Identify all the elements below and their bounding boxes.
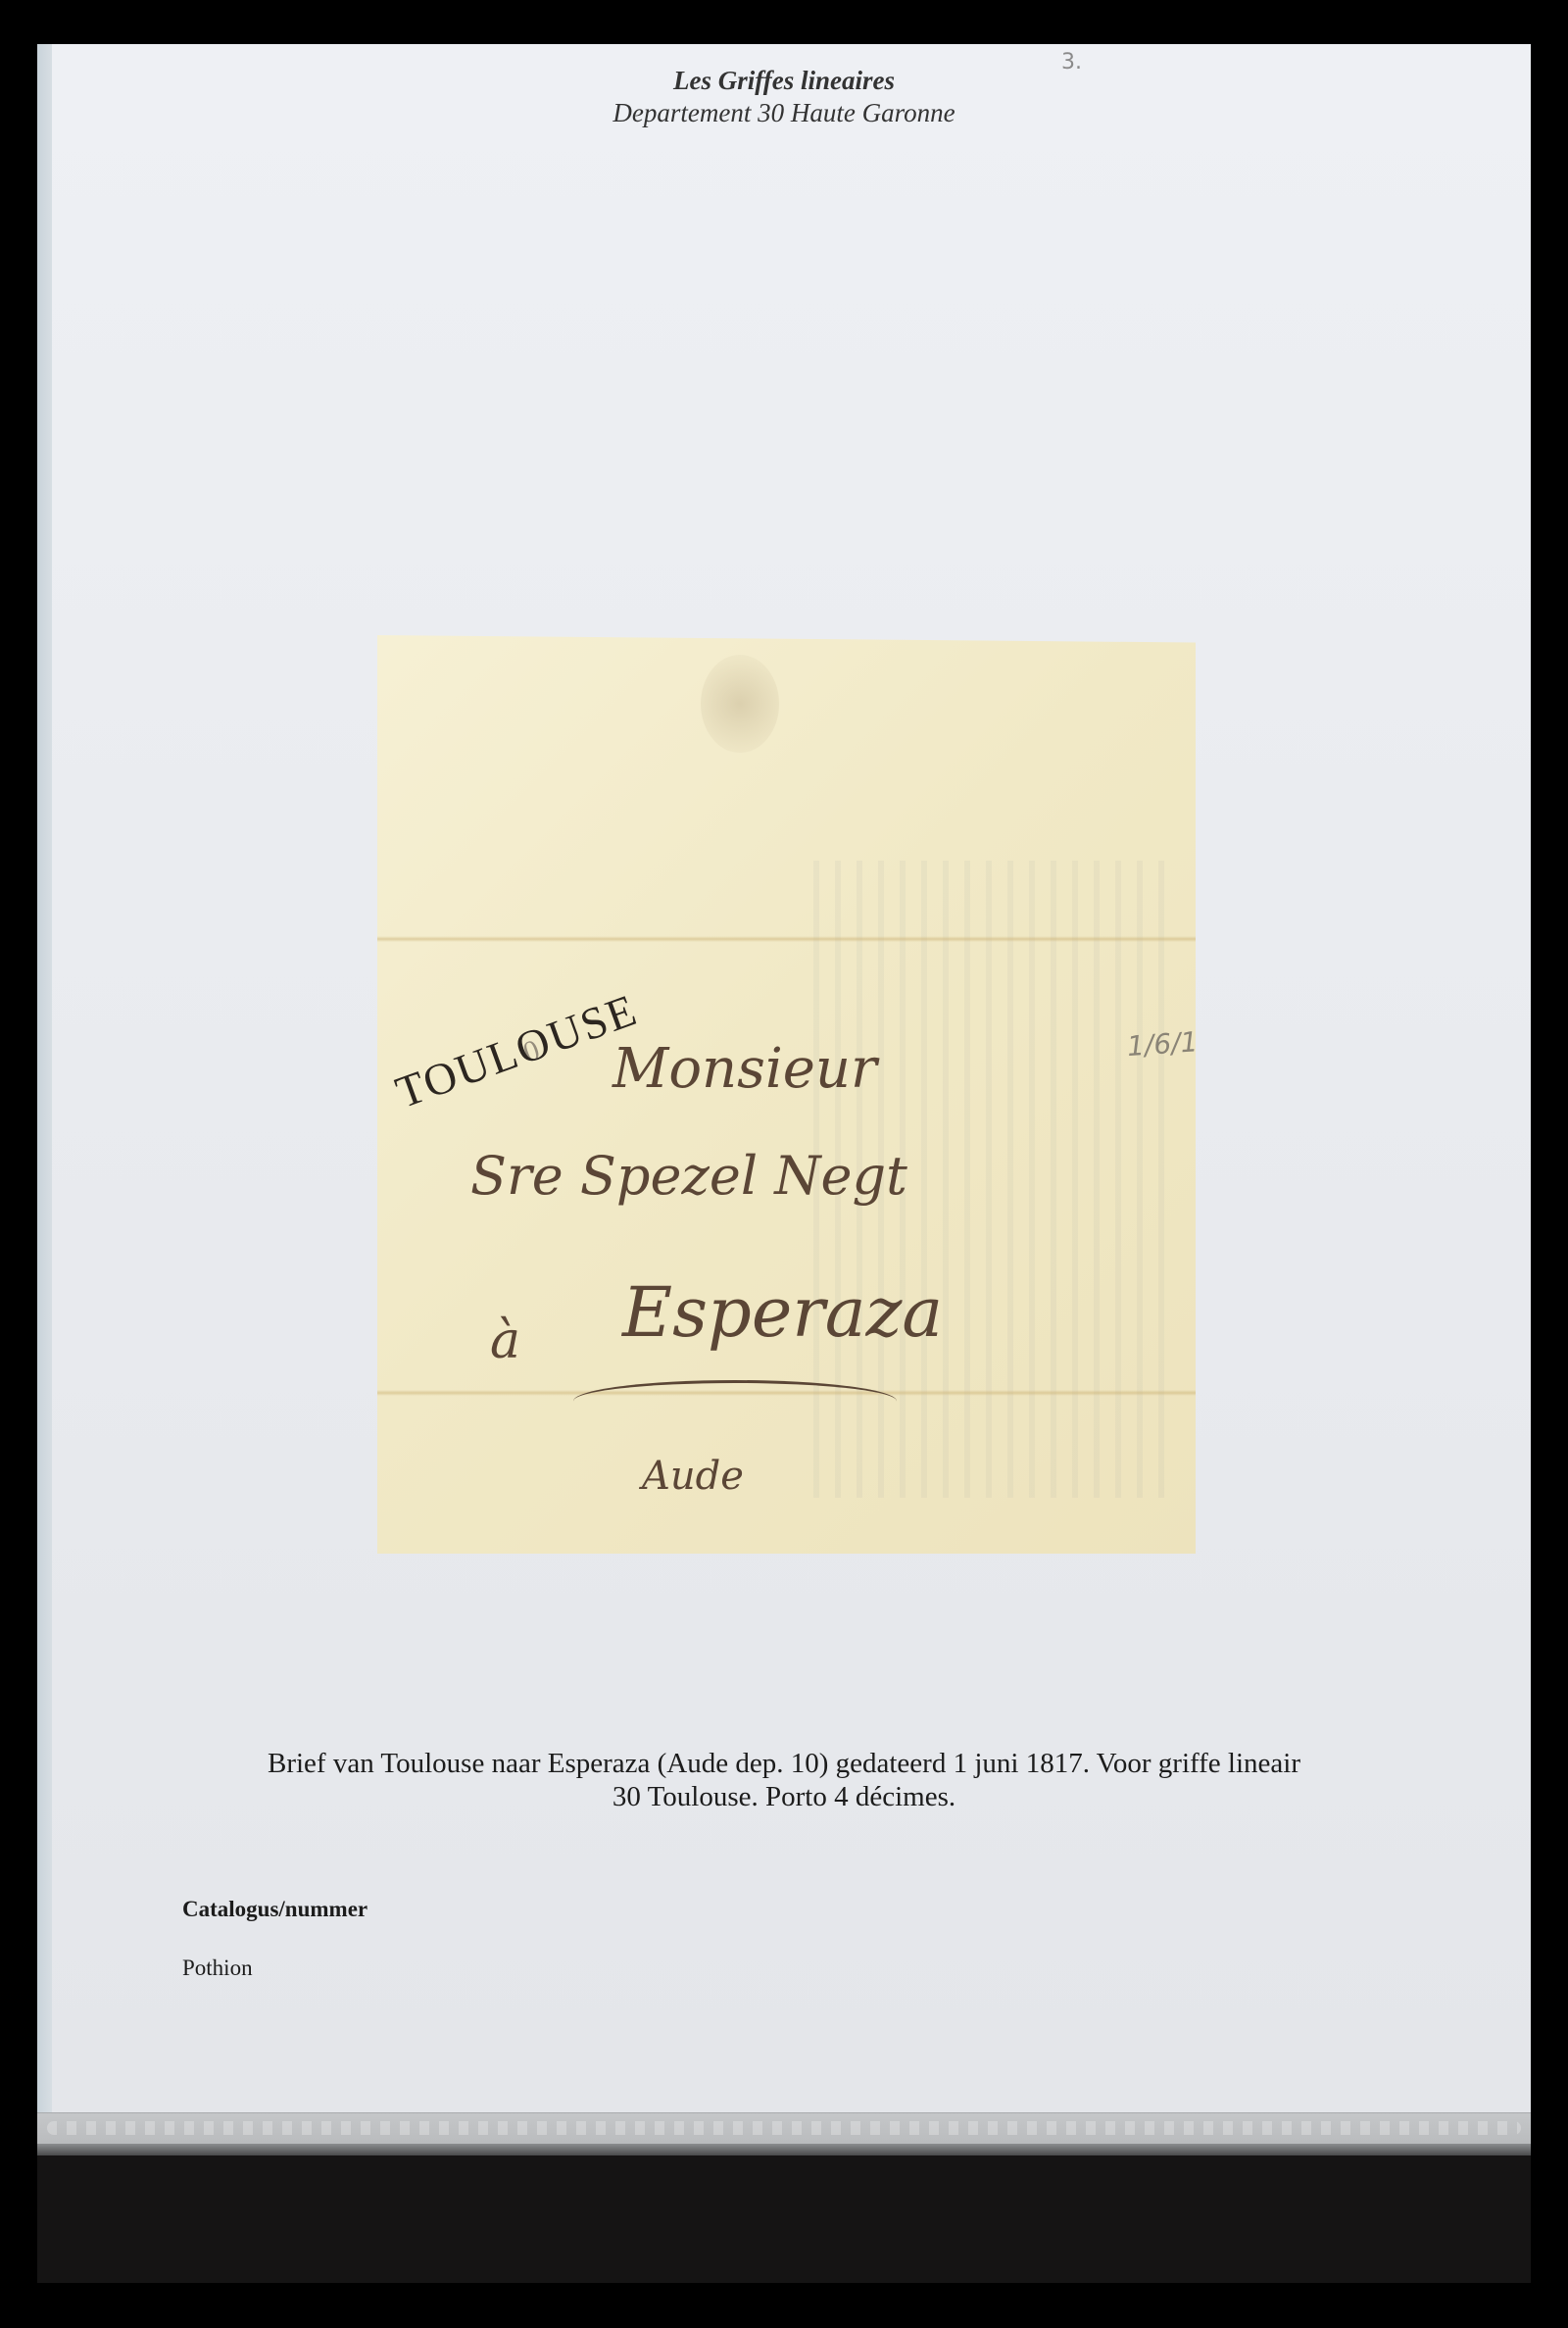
caption-line-2: 30 Toulouse. Porto 4 décimes.	[37, 1780, 1531, 1813]
binder-holes	[47, 2121, 1521, 2135]
sheet-protector-edge	[37, 2144, 1531, 2155]
envelope-image: 0 TOULOUSE 1/6/17 Monsieur Sre Spezel Ne…	[377, 635, 1196, 1554]
address-line-1: Monsieur	[612, 1037, 877, 1101]
address-line-5: Aude	[642, 1454, 744, 1499]
page-title: Les Griffes lineaires	[37, 64, 1531, 97]
underline-swash	[573, 1380, 897, 1422]
pencil-date-note: 1/6/17	[1126, 1024, 1216, 1063]
catalog-value: Pothion	[182, 1956, 253, 1981]
caption-line-1: Brief van Toulouse naar Esperaza (Aude d…	[37, 1747, 1531, 1780]
album-page: 3. Les Griffes lineaires Departement 30 …	[37, 44, 1531, 2114]
address-line-2: Sre Spezel Negt	[470, 1145, 907, 1207]
item-caption: Brief van Toulouse naar Esperaza (Aude d…	[37, 1747, 1531, 1813]
address-line-3: à	[490, 1312, 520, 1370]
page-header: Les Griffes lineaires Departement 30 Hau…	[37, 64, 1531, 128]
postmark-griffe: TOULOUSE	[389, 983, 645, 1118]
address-line-4: Esperaza	[622, 1272, 943, 1353]
wax-seal-stain	[701, 655, 779, 753]
fold-line	[377, 936, 1196, 942]
page-subtitle: Departement 30 Haute Garonne	[37, 97, 1531, 128]
catalog-label: Catalogus/nummer	[182, 1897, 367, 1922]
dark-background-surface	[37, 2155, 1531, 2283]
sheet-protector-strip	[37, 2112, 1531, 2145]
